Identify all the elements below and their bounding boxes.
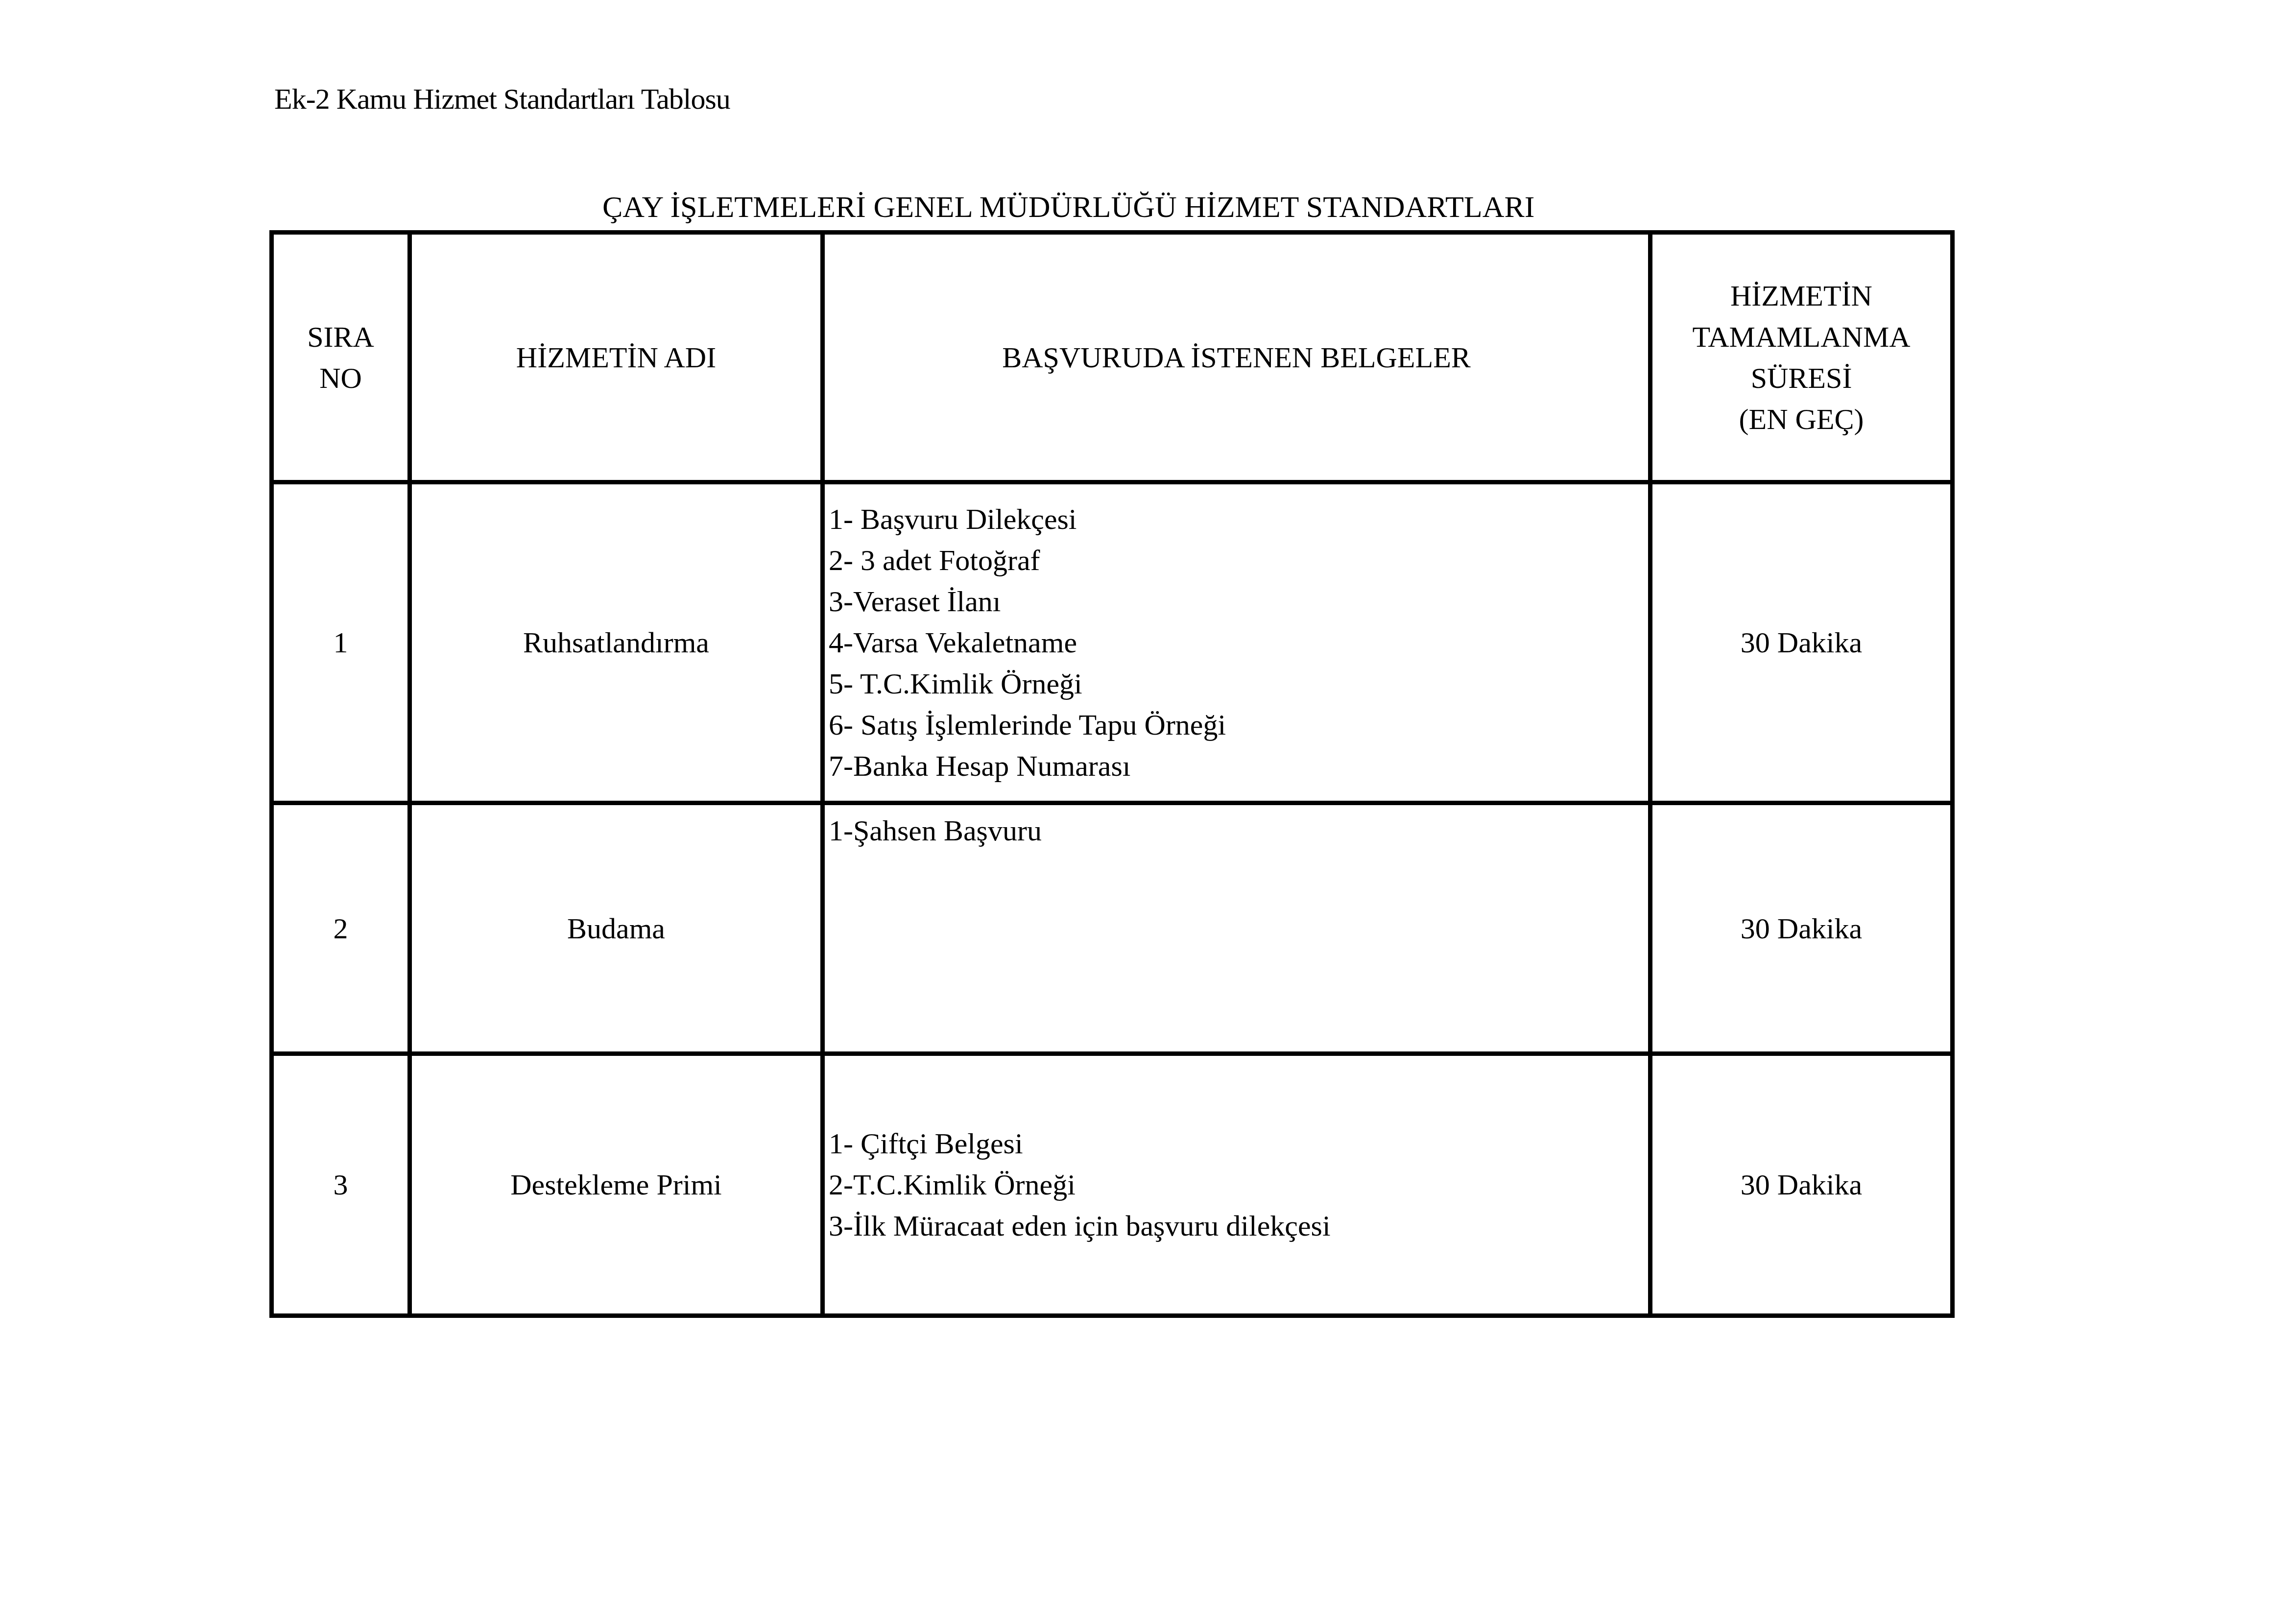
document-item: 1- Çiftçi Belgesi [829,1123,1648,1164]
table-row: 1 Ruhsatlandırma 1- Başvuru Dilekçesi 2-… [272,482,1953,803]
cell-sira: 1 [272,482,410,803]
table-row: 3 Destekleme Primi 1- Çiftçi Belgesi 2-T… [272,1054,1953,1316]
cell-sure: 30 Dakika [1650,803,1953,1054]
service-standards-table: SIRA NO HİZMETİN ADI BAŞVURUDA İSTENEN B… [269,230,1955,1318]
document-item: 3-Veraset İlanı [829,581,1648,622]
document-title: Ek-2 Kamu Hizmet Standartları Tablosu [274,82,730,116]
cell-hizmet: Budama [410,803,823,1054]
cell-belgeler: 1- Çiftçi Belgesi 2-T.C.Kimlik Örneği 3-… [823,1054,1650,1316]
table-header-row: SIRA NO HİZMETİN ADI BAŞVURUDA İSTENEN B… [272,233,1953,482]
document-item: 1- Başvuru Dilekçesi [829,499,1648,540]
document-item: 5- T.C.Kimlik Örneği [829,663,1648,704]
cell-hizmet: Destekleme Primi [410,1054,823,1316]
document-item: 2- 3 adet Fotoğraf [829,540,1648,581]
cell-sure: 30 Dakika [1650,482,1953,803]
table-title: ÇAY İŞLETMELERİ GENEL MÜDÜRLÜĞÜ HİZMET S… [602,190,1534,225]
document-item: 3-İlk Müracaat eden için başvuru dilekçe… [829,1205,1648,1246]
header-hizmet-adi: HİZMETİN ADI [410,233,823,482]
document-item: 6- Satış İşlemlerinde Tapu Örneği [829,704,1648,745]
cell-belgeler: 1- Başvuru Dilekçesi 2- 3 adet Fotoğraf … [823,482,1650,803]
cell-sure: 30 Dakika [1650,1054,1953,1316]
table-row: 2 Budama 1-Şahsen Başvuru 30 Dakika [272,803,1953,1054]
header-sure: HİZMETİN TAMAMLANMA SÜRESİ (EN GEÇ) [1650,233,1953,482]
header-sira-no: SIRA NO [272,233,410,482]
cell-sira: 3 [272,1054,410,1316]
document-item: 2-T.C.Kimlik Örneği [829,1164,1648,1205]
document-item: 4-Varsa Vekaletname [829,622,1648,663]
document-item: 7-Banka Hesap Numarası [829,745,1648,787]
cell-hizmet: Ruhsatlandırma [410,482,823,803]
document-item: 1-Şahsen Başvuru [829,810,1648,851]
header-belgeler: BAŞVURUDA İSTENEN BELGELER [823,233,1650,482]
cell-sira: 2 [272,803,410,1054]
cell-belgeler: 1-Şahsen Başvuru [823,803,1650,1054]
